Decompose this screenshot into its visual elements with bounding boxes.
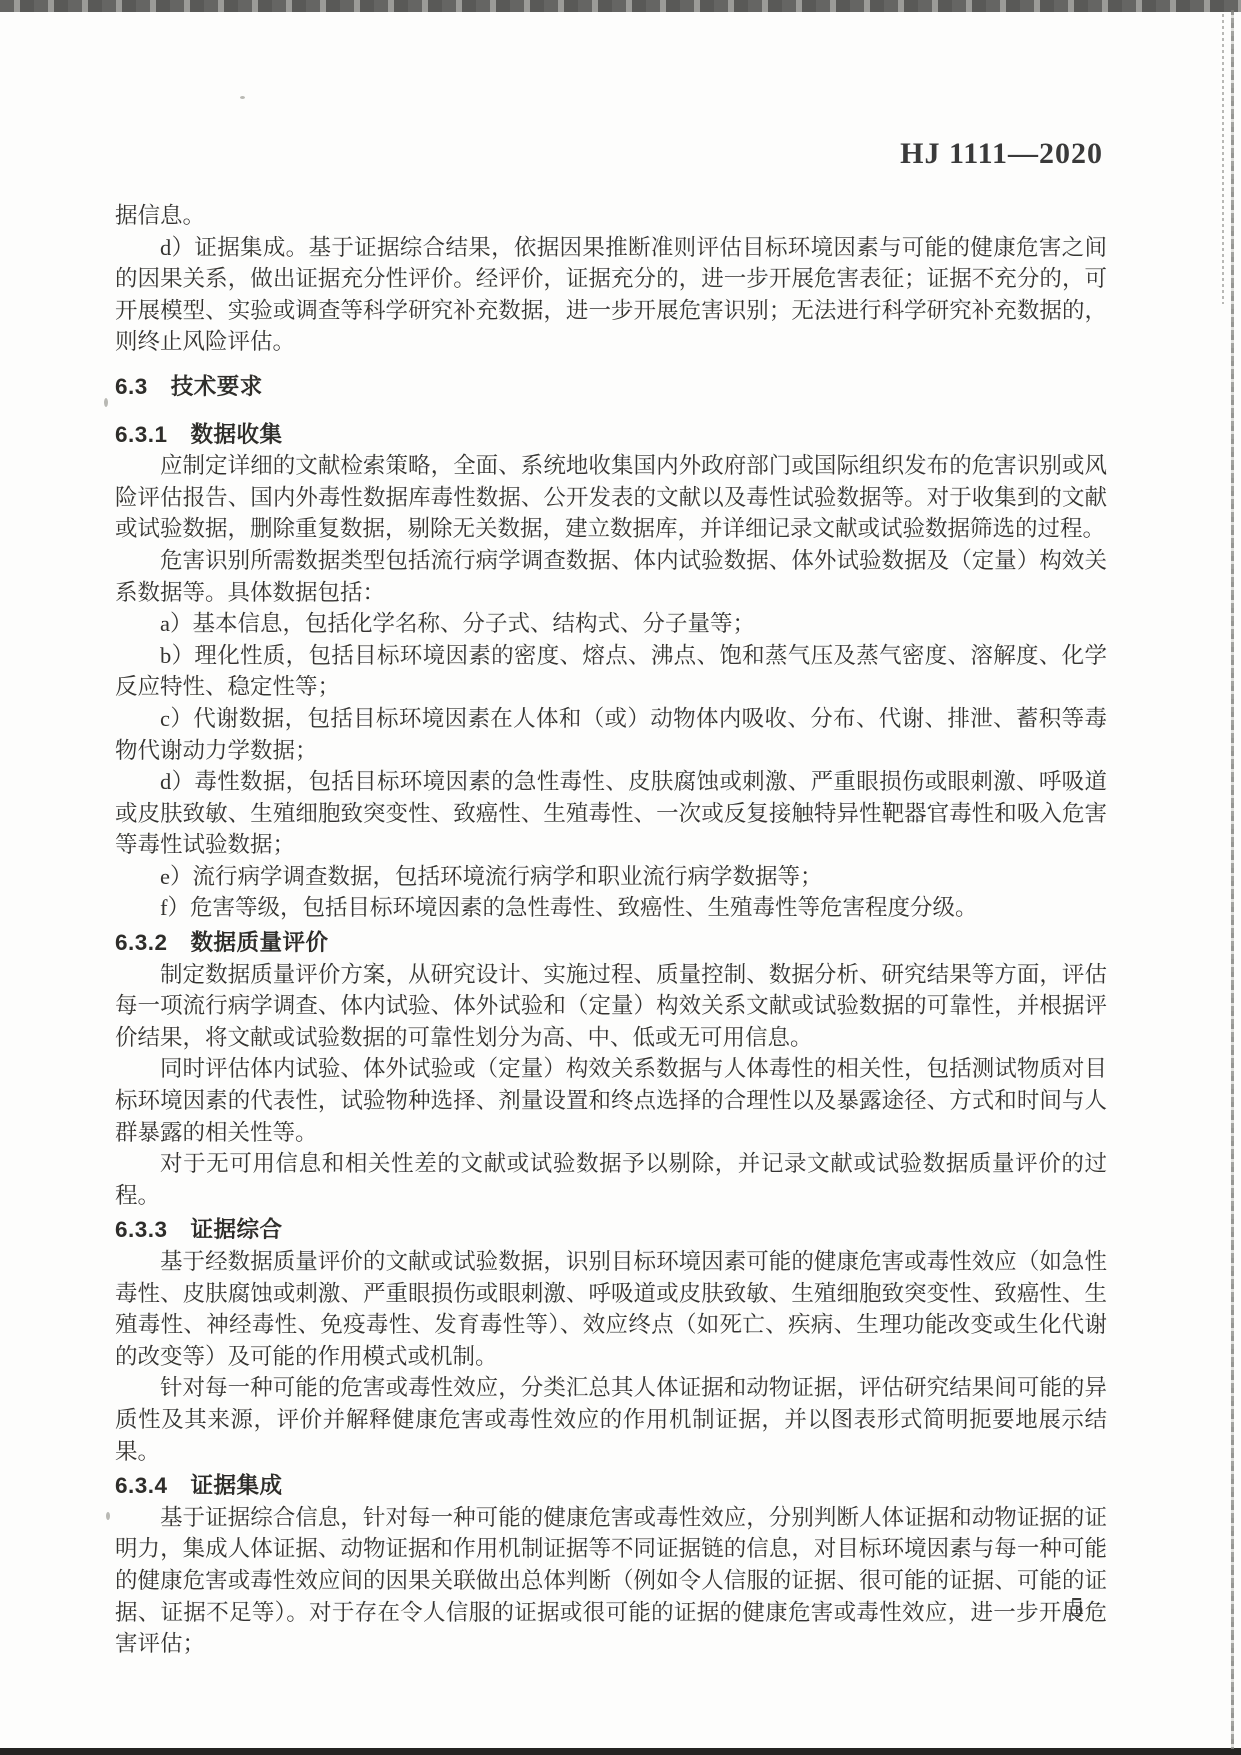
scan-edge-right-perforation: [1231, 10, 1234, 1749]
scan-artifact-right: [1222, 14, 1224, 304]
section-heading-6-3: 6.3 技术要求: [115, 371, 1107, 403]
list-item-a: a）基本信息，包括化学名称、分子式、结构式、分子量等；: [115, 608, 1107, 640]
section-heading-6-3-1: 6.3.1 数据收集: [115, 419, 1107, 451]
list-item-d: d）毒性数据，包括目标环境因素的急性毒性、皮肤腐蚀或刺激、严重眼损伤或眼刺激、呼…: [115, 766, 1107, 861]
scan-edge-bottom: [0, 1748, 1241, 1755]
body-paragraph: 基于经数据质量评价的文献或试验数据，识别目标环境因素可能的健康危害或毒性效应（如…: [115, 1246, 1107, 1372]
scan-edge-top: [0, 0, 1241, 12]
body-paragraph: 制定数据质量评价方案，从研究设计、实施过程、质量控制、数据分析、研究结果等方面，…: [115, 959, 1107, 1054]
section-heading-6-3-4: 6.3.4 证据集成: [115, 1470, 1107, 1502]
document-page: HJ 1111—2020 据信息。 d）证据集成。基于证据综合结果，依据因果推断…: [0, 0, 1241, 1755]
standard-number-header: HJ 1111—2020: [900, 137, 1103, 171]
body-paragraph: 危害识别所需数据类型包括流行病学调查数据、体内试验数据、体外试验数据及（定量）构…: [115, 545, 1107, 608]
body-paragraph: 同时评估体内试验、体外试验或（定量）构效关系数据与人体毒性的相关性，包括测试物质…: [115, 1053, 1107, 1148]
body-paragraph: 应制定详细的文献检索策略，全面、系统地收集国内外政府部门或国际组织发布的危害识别…: [115, 450, 1107, 545]
body-paragraph: 对于无可用信息和相关性差的文献或试验数据予以剔除，并记录文献或试验数据质量评价的…: [115, 1148, 1107, 1211]
body-paragraph: 针对每一种可能的危害或毒性效应，分类汇总其人体证据和动物证据，评估研究结果间可能…: [115, 1372, 1107, 1467]
list-item-f: f）危害等级，包括目标环境因素的急性毒性、致癌性、生殖毒性等危害程度分级。: [115, 892, 1107, 924]
scan-speck: [240, 96, 245, 99]
scan-speck: [106, 1512, 110, 1520]
list-item-e: e）流行病学调查数据，包括环境流行病学和职业流行病学数据等；: [115, 861, 1107, 893]
scan-speck: [104, 398, 108, 407]
page-number: 5: [1070, 1592, 1084, 1623]
document-body: 据信息。 d）证据集成。基于证据综合结果，依据因果推断准则评估目标环境因素与可能…: [115, 200, 1107, 1660]
list-item-b: b）理化性质，包括目标环境因素的密度、熔点、沸点、饱和蒸气压及蒸气密度、溶解度、…: [115, 640, 1107, 703]
list-item-c: c）代谢数据，包括目标环境因素在人体和（或）动物体内吸收、分布、代谢、排泄、蓄积…: [115, 703, 1107, 766]
section-heading-6-3-2: 6.3.2 数据质量评价: [115, 927, 1107, 959]
body-paragraph: 基于证据综合信息，针对每一种可能的健康危害或毒性效应，分别判断人体证据和动物证据…: [115, 1502, 1107, 1660]
body-paragraph: d）证据集成。基于证据综合结果，依据因果推断准则评估目标环境因素与可能的健康危害…: [115, 232, 1107, 358]
paragraph-continuation: 据信息。: [115, 200, 1107, 232]
section-heading-6-3-3: 6.3.3 证据综合: [115, 1214, 1107, 1246]
